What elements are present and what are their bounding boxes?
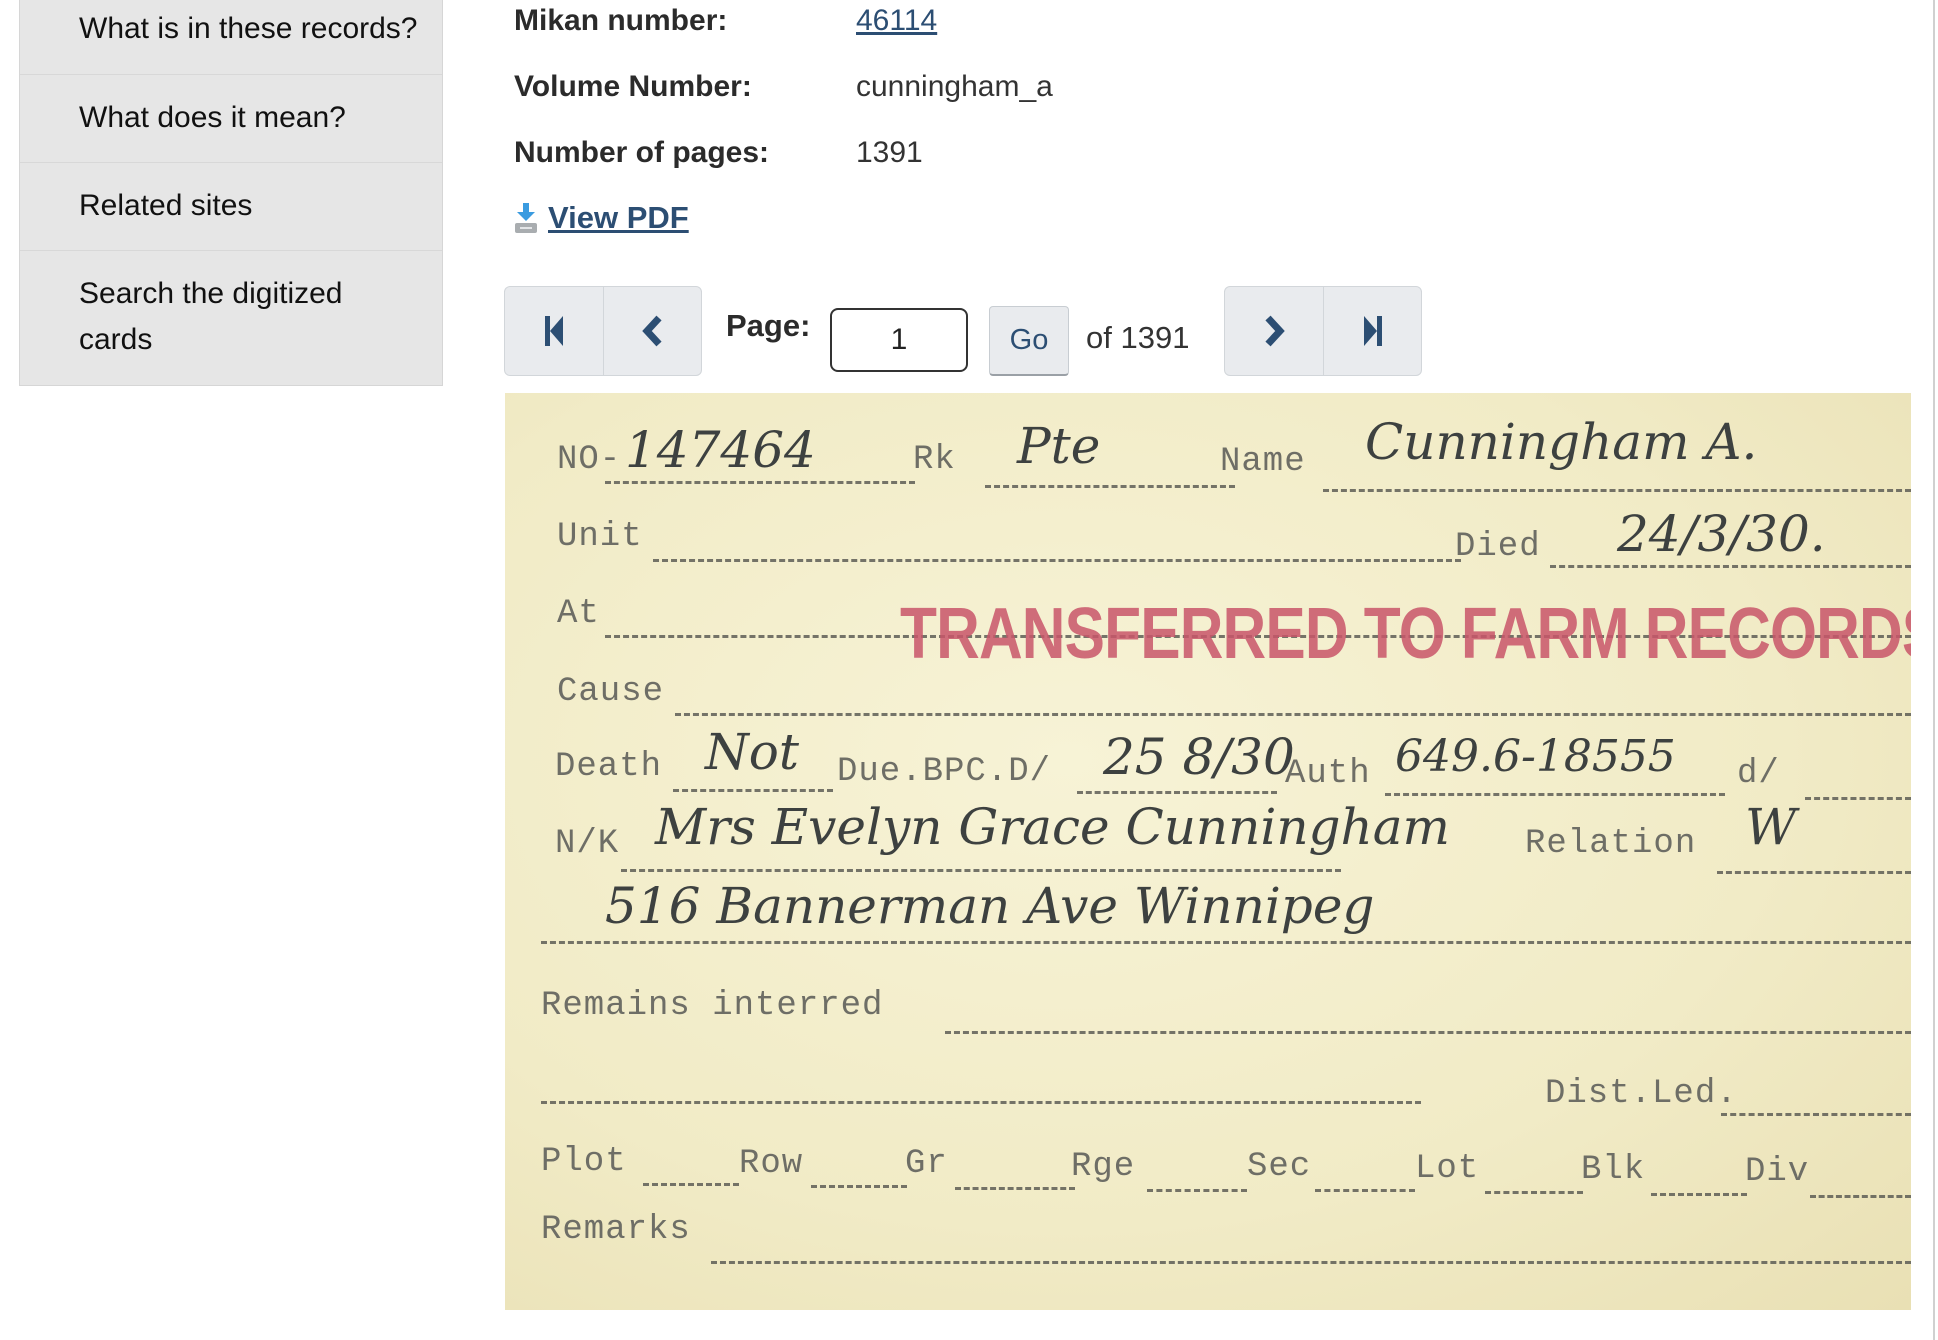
card-auth-value: 649.6-18555 xyxy=(1395,731,1676,782)
sidebar-nav: What is in these records? What does it m… xyxy=(19,0,443,386)
card-rank-value: Pte xyxy=(1017,417,1100,475)
view-pdf-label: View PDF xyxy=(548,200,689,236)
card-rank-label: Rk xyxy=(913,441,956,479)
card-death-value: Not xyxy=(705,723,799,781)
last-page-button[interactable] xyxy=(1323,287,1421,375)
page-total: of 1391 xyxy=(1086,320,1189,356)
card-died-label: Died xyxy=(1455,528,1541,566)
volume-value: cunningham_a xyxy=(856,70,1053,104)
sidebar-item-what-does-it-mean[interactable]: What does it mean? xyxy=(20,75,442,163)
card-due-value: 25 8/30 xyxy=(1103,728,1295,786)
card-unit-label: Unit xyxy=(557,518,643,556)
card-remains-label: Remains interred xyxy=(541,987,883,1025)
card-relation-value: W xyxy=(1745,798,1796,856)
card-div-label: Div xyxy=(1745,1153,1809,1191)
page-label: Page: xyxy=(726,308,810,344)
mikan-number-link[interactable]: 46114 xyxy=(856,4,937,38)
mikan-label: Mikan number: xyxy=(514,4,727,38)
content-right-border xyxy=(1933,0,1935,1340)
card-name-label: Name xyxy=(1220,443,1306,481)
card-cause-label: Cause xyxy=(557,673,664,711)
card-rge-label: Rge xyxy=(1071,1148,1135,1186)
card-died-value: 24/3/30. xyxy=(1617,505,1826,563)
card-row-label: Row xyxy=(739,1145,803,1183)
card-gr-label: Gr xyxy=(905,1145,948,1183)
previous-page-button[interactable] xyxy=(603,287,701,375)
next-page-button[interactable] xyxy=(1225,287,1323,375)
card-at-label: At xyxy=(557,595,600,633)
go-button[interactable]: Go xyxy=(989,306,1069,376)
card-remarks-label: Remarks xyxy=(541,1211,691,1249)
download-icon xyxy=(514,202,538,234)
page: What is in these records? What does it m… xyxy=(0,0,1938,1340)
pages-value: 1391 xyxy=(856,136,923,170)
sidebar-item-search-digitized-cards[interactable]: Search the digitized cards xyxy=(20,251,442,385)
card-d-label: d/ xyxy=(1737,755,1780,793)
chevron-left-icon xyxy=(641,315,665,347)
card-blk-label: Blk xyxy=(1581,1151,1645,1189)
card-no-label: NO- xyxy=(557,441,621,479)
first-page-icon xyxy=(543,316,565,346)
card-sec-label: Sec xyxy=(1247,1148,1311,1186)
card-lot-label: Lot xyxy=(1415,1150,1479,1188)
card-nk-value: Mrs Evelyn Grace Cunningham xyxy=(655,798,1450,856)
card-due-label: Due.BPC.D/ xyxy=(837,753,1051,791)
page-number-input[interactable] xyxy=(830,308,968,372)
last-page-icon xyxy=(1362,316,1384,346)
prev-button-group xyxy=(504,286,702,376)
first-page-button[interactable] xyxy=(505,287,603,375)
card-death-label: Death xyxy=(555,748,662,786)
volume-label: Volume Number: xyxy=(514,70,752,104)
card-auth-label: Auth xyxy=(1285,755,1371,793)
card-relation-label: Relation xyxy=(1525,825,1696,863)
transferred-stamp: TRANSFERRED TO FARM RECORDS xyxy=(900,593,1911,675)
sidebar-item-what-is-in-these-records[interactable]: What is in these records? xyxy=(20,0,442,75)
chevron-right-icon xyxy=(1262,315,1286,347)
card-no-value: 147464 xyxy=(625,421,816,479)
pages-label: Number of pages: xyxy=(514,136,769,170)
view-pdf-link[interactable]: View PDF xyxy=(514,200,689,236)
sidebar-item-related-sites[interactable]: Related sites xyxy=(20,163,442,251)
record-card-image: NO- 147464 Rk Pte Name Cunningham A. Uni… xyxy=(505,393,1911,1310)
card-name-value: Cunningham A. xyxy=(1365,413,1757,471)
card-address-value: 516 Bannerman Ave Winnipeg xyxy=(605,877,1374,935)
card-dist-label: Dist.Led. xyxy=(1545,1075,1738,1113)
card-nk-label: N/K xyxy=(555,825,619,863)
next-button-group xyxy=(1224,286,1422,376)
card-plot-label: Plot xyxy=(541,1143,627,1181)
